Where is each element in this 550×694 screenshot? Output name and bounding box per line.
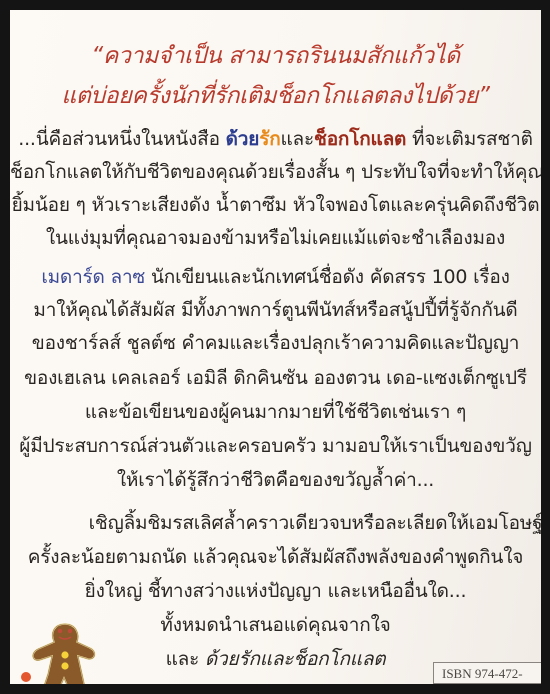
book-title-part-love: รัก xyxy=(259,128,280,150)
gingerbread-man-icon xyxy=(20,622,100,684)
paragraph2-line-4: ของเฮเลน เคลเลอร์ เอมิลี ดิกคินซัน อองตว… xyxy=(10,365,541,391)
heading-quote-line-1: “ความจำเป็น สามารถรินนมสักแก้วได้ xyxy=(10,41,541,71)
paragraph1-prefix: ...นี่คือส่วนหนึ่งในหนังสือ xyxy=(18,128,225,150)
paragraph3-line-3: ยิ่งใหญ่ ชี้ทางสว่างแห่งปัญญา และเหนืออื… xyxy=(10,578,541,604)
back-cover: “ความจำเป็น สามารถรินนมสักแก้วได้ แต่บ่อ… xyxy=(10,10,541,684)
paragraph1-line-3: ยิ้มน้อย ๆ หัวเราะเสียงดัง น้ำตาซึม หัวใ… xyxy=(10,192,541,218)
isbn-label: ISBN 974-472-194-4 xyxy=(433,662,541,684)
paragraph1-line-4: ในแง่มุมที่คุณอาจมองข้ามหรือไม่เคยแม้แต่… xyxy=(10,225,541,251)
paragraph2-line-2: มาให้คุณได้สัมผัส มีทั้งภาพการ์ตูนพีนัทส… xyxy=(10,297,541,323)
paragraph3-line-1: เชิญลิ้มชิมรสเลิศล้ำคราวเดียวจบหรือละเลี… xyxy=(50,510,541,536)
paragraph2-line-6: ผู้มีประสบการณ์ส่วนตัวและครอบครัว มามอบใ… xyxy=(10,433,541,459)
paragraph1-line-2: ช็อกโกแลตให้กับชีวิตของคุณด้วยเรื่องสั้น… xyxy=(10,159,541,185)
paragraph3-line-2: ครั้งละน้อยตามถนัด แล้วคุณจะได้สัมผัสถึง… xyxy=(10,544,541,570)
book-title-part-and: และ xyxy=(281,128,315,150)
paragraph1-suffix: ที่จะเติมรสชาติ xyxy=(406,128,533,150)
paragraph2-line-1: เมดาร์ด ลาซ นักเขียนและนักเทศน์ชื่อดัง ค… xyxy=(10,264,541,290)
paragraph1-line-1: ...นี่คือส่วนหนึ่งในหนังสือ ด้วยรักและช็… xyxy=(10,126,541,152)
book-title-italic: ด้วยรักและช็อกโกแลต xyxy=(205,648,386,670)
paragraph2-line-3: ของชาร์ลส์ ชูลต์ซ คำคมและเรื่องปลุกเร้าค… xyxy=(10,330,541,356)
author-name: เมดาร์ด ลาซ xyxy=(41,266,145,288)
heading-quote-line-2: แต่บ่อยครั้งนักที่รักเติมช็อกโกแลตลงไปด้… xyxy=(10,81,541,111)
paragraph2-line-5: และข้อเขียนของผู้คนมากมายที่ใช้ชีวิตเช่น… xyxy=(10,399,541,425)
book-title-part-chocolate: ช็อกโกแลต xyxy=(314,128,406,150)
paragraph3-line5-prefix: และ xyxy=(166,648,205,670)
paragraph2-line1-suffix: นักเขียนและนักเทศน์ชื่อดัง คัดสรร 100 เร… xyxy=(145,266,510,288)
book-title-part-with: ด้วย xyxy=(226,128,260,150)
paragraph2-line-7: ให้เราได้รู้สึกว่าชีวิตคือของขวัญล้ำค่า.… xyxy=(10,467,541,493)
